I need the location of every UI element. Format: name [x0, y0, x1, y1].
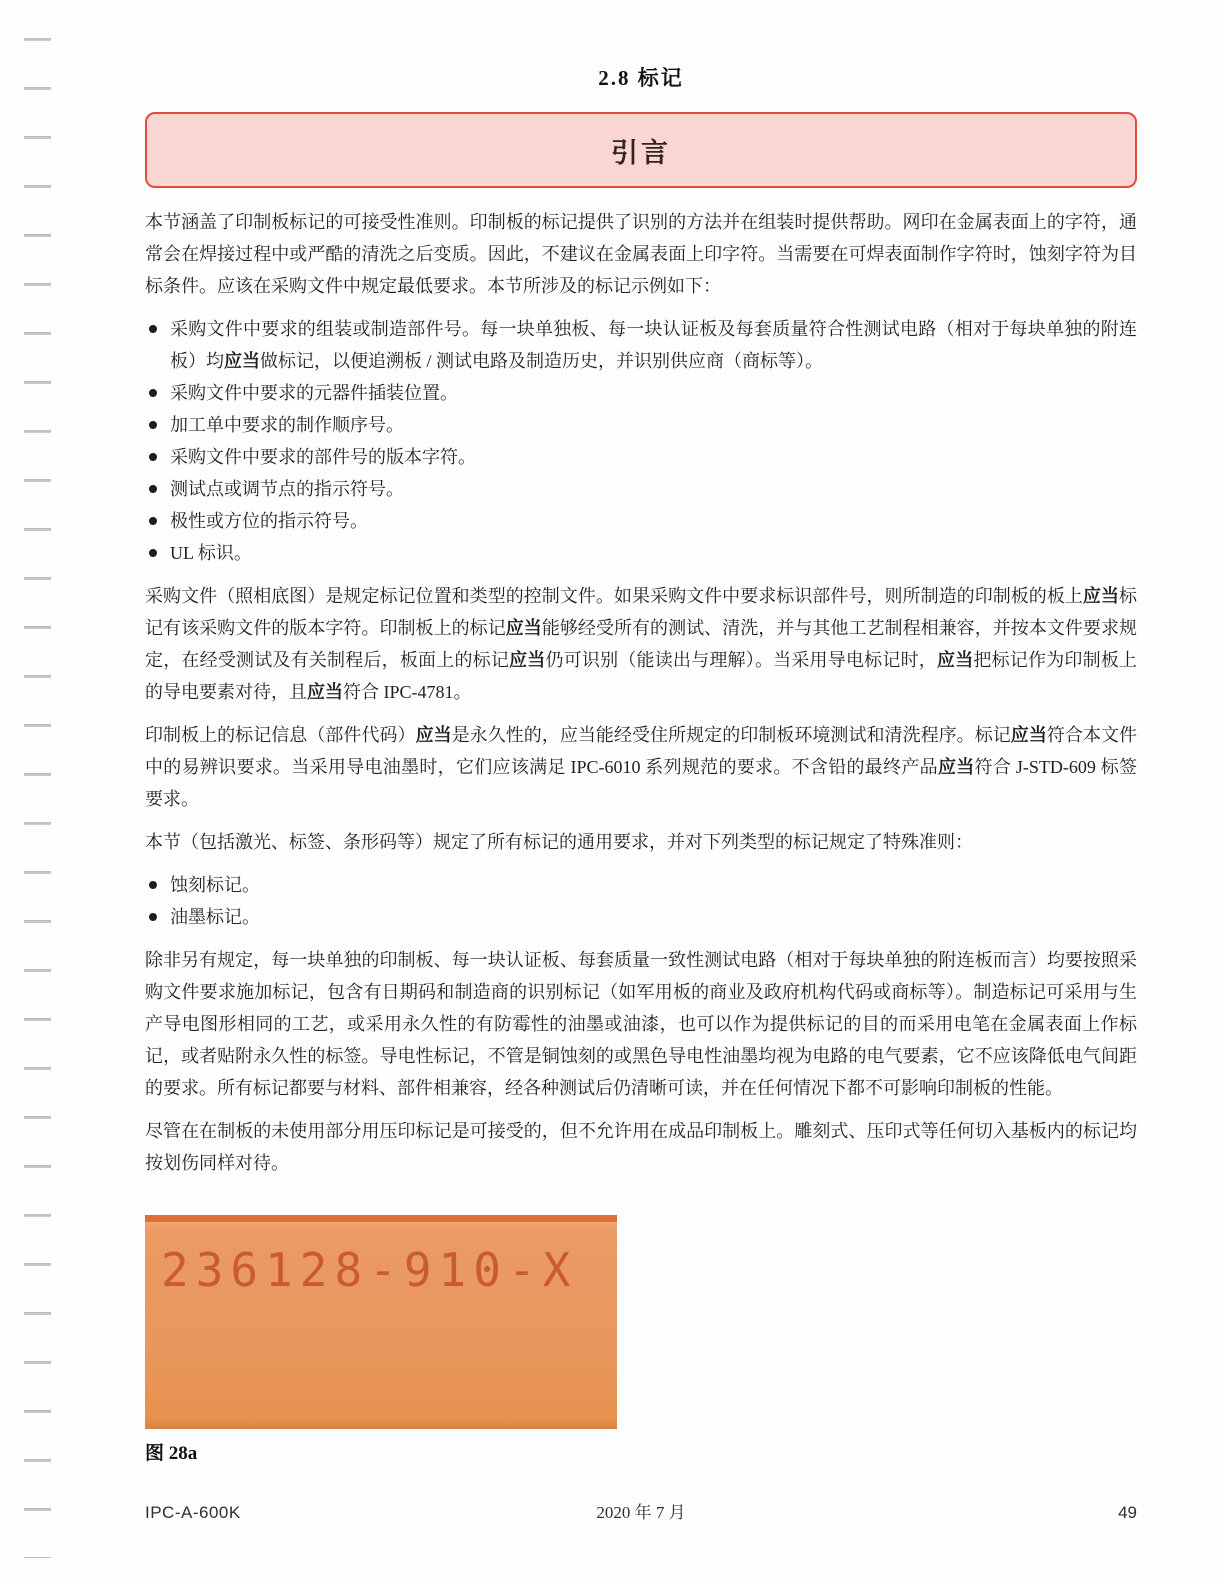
list-item-text: 加工单中要求的制作顺序号。 — [170, 409, 1137, 441]
intro-paragraph: 本节涵盖了印制板标记的可接受性准则。印制板的标记提供了识别的方法并在组装时提供帮… — [145, 206, 1137, 302]
figure-28a-image: 236128-910-X — [145, 1215, 617, 1429]
list-item: 极性或方位的指示符号。 — [145, 505, 1137, 537]
bullet-icon — [149, 517, 157, 525]
list-item: 测试点或调节点的指示符号。 — [145, 473, 1137, 505]
footer-page-number: 49 — [857, 1503, 1137, 1523]
marking-examples-list: 采购文件中要求的组装或制造部件号。每一块单独板、每一块认证板及每套质量符合性测试… — [145, 313, 1137, 569]
etched-marking-text: 236128-910-X — [161, 1243, 601, 1297]
list-item-text: 采购文件中要求的部件号的版本字符。 — [170, 441, 1137, 473]
list-item: 采购文件中要求的组装或制造部件号。每一块单独板、每一块认证板及每套质量符合性测试… — [145, 313, 1137, 377]
bullet-icon — [149, 453, 157, 461]
bullet-icon — [149, 485, 157, 493]
bullet-icon — [149, 421, 157, 429]
section-header: 2.8 标记 — [145, 62, 1137, 92]
footer-doc-id: IPC-A-600K — [145, 1503, 425, 1523]
body-text: 本节涵盖了印制板标记的可接受性准则。印制板的标记提供了识别的方法并在组装时提供帮… — [145, 206, 1137, 1190]
document-page: 2.8 标记 引言 本节涵盖了印制板标记的可接受性准则。印制板的标记提供了识别的… — [0, 0, 1224, 1584]
figure-caption: 图 28a — [145, 1438, 197, 1465]
bullet-icon — [149, 549, 157, 557]
marking-types-list: 蚀刻标记。 油墨标记。 — [145, 869, 1137, 933]
list-item-text: 油墨标记。 — [170, 901, 1137, 933]
spiral-binding-marks — [24, 38, 51, 1558]
application-paragraph: 除非另有规定，每一块单独的印制板、每一块认证板、每套质量一致性测试电路（相对于每… — [145, 944, 1137, 1104]
list-item: 采购文件中要求的元器件插装位置。 — [145, 377, 1137, 409]
intro-banner: 引言 — [145, 112, 1137, 188]
intro-banner-title: 引言 — [611, 131, 671, 170]
list-item: 蚀刻标记。 — [145, 869, 1137, 901]
list-item: 加工单中要求的制作顺序号。 — [145, 409, 1137, 441]
types-intro-paragraph: 本节（包括激光、标签、条形码等）规定了所有标记的通用要求，并对下列类型的标记规定… — [145, 826, 1137, 858]
footer-date: 2020 年 7 月 — [425, 1498, 857, 1523]
page-footer: IPC-A-600K 2020 年 7 月 49 — [145, 1498, 1137, 1523]
stamp-paragraph: 尽管在在制板的未使用部分用压印标记是可接受的，但不允许用在成品印制板上。雕刻式、… — [145, 1115, 1137, 1179]
permanence-paragraph: 印制板上的标记信息（部件代码）应当是永久性的，应当能经受住所规定的印制板环境测试… — [145, 719, 1137, 815]
list-item-text: 采购文件中要求的元器件插装位置。 — [170, 377, 1137, 409]
list-item: 油墨标记。 — [145, 901, 1137, 933]
list-item-text: 蚀刻标记。 — [170, 869, 1137, 901]
procurement-paragraph: 采购文件（照相底图）是规定标记位置和类型的控制文件。如果采购文件中要求标识部件号… — [145, 580, 1137, 708]
list-item: 采购文件中要求的部件号的版本字符。 — [145, 441, 1137, 473]
bullet-icon — [149, 881, 157, 889]
list-item-text: 测试点或调节点的指示符号。 — [170, 473, 1137, 505]
list-item-text: 极性或方位的指示符号。 — [170, 505, 1137, 537]
bullet-icon — [149, 389, 157, 397]
list-item-text: UL 标识。 — [170, 537, 1137, 569]
list-item: UL 标识。 — [145, 537, 1137, 569]
bullet-icon — [149, 325, 157, 333]
bullet-icon — [149, 913, 157, 921]
list-item-text: 采购文件中要求的组装或制造部件号。每一块单独板、每一块认证板及每套质量符合性测试… — [170, 313, 1137, 377]
